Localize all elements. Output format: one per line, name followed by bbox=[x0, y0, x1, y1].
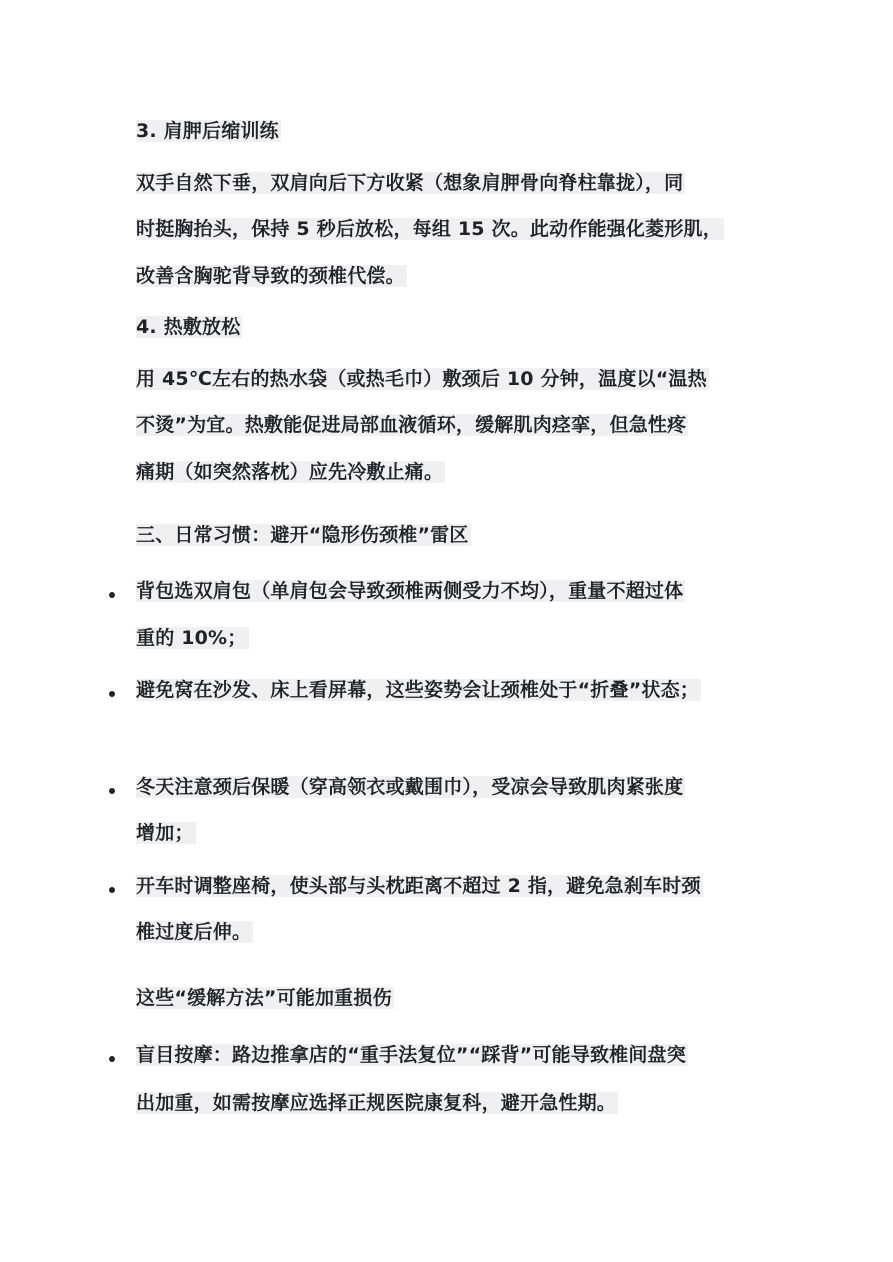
list-item: 背包选双肩包（单肩包会导致颈椎两侧受力不均），重量不超过体 bbox=[136, 579, 685, 603]
bullet-icon bbox=[109, 1056, 115, 1062]
list-item-text: 出加重，如需按摩应选择正规医院康复科，避开急性期。 bbox=[136, 1092, 618, 1114]
list-item-text: 避免窝在沙发、床上看屏幕，这些姿势会让颈椎处于“折叠”状态； bbox=[136, 679, 701, 701]
list-item: 开车时调整座椅，使头部与头枕距离不超过 2 指，避免急刹车时颈 bbox=[136, 874, 703, 898]
list-item: 冬天注意颈后保暖（穿高领衣或戴围巾），受凉会导致肌肉紧张度 bbox=[136, 775, 685, 799]
list-item-continuation: 增加； bbox=[136, 821, 196, 845]
paragraph-line: 时挺胸抬头，保持 5 秒后放松，每组 15 次。此动作能强化菱形肌， bbox=[136, 217, 724, 241]
bullet-icon bbox=[109, 887, 115, 893]
paragraph-line: 用 45℃左右的热水袋（或热毛巾）敷颈后 10 分钟，温度以“温热 bbox=[136, 367, 709, 391]
section-heading-harmful-methods: 这些“缓解方法”可能加重损伤 bbox=[136, 986, 394, 1010]
paragraph-text: 双手自然下垂，双肩向后下方收紧（想象肩胛骨向脊柱靠拢），同 bbox=[136, 172, 685, 194]
bullet-icon bbox=[109, 788, 115, 794]
paragraph-text: 用 45℃左右的热水袋（或热毛巾）敷颈后 10 分钟，温度以“温热 bbox=[136, 368, 709, 390]
list-item: 避免窝在沙发、床上看屏幕，这些姿势会让颈椎处于“折叠”状态； bbox=[136, 678, 701, 702]
paragraph-line: 改善含胸驼背导致的颈椎代偿。 bbox=[136, 264, 407, 288]
list-item: 盲目按摩：路边推拿店的“重手法复位”“踩背”可能导致椎间盘突 bbox=[136, 1043, 688, 1067]
bullet-icon bbox=[109, 691, 115, 697]
paragraph-text: 时挺胸抬头，保持 5 秒后放松，每组 15 次。此动作能强化菱形肌， bbox=[136, 218, 724, 240]
section-heading-shoulder-retraction: 3. 肩胛后缩训练 bbox=[136, 119, 281, 143]
heading-text: 3. 肩胛后缩训练 bbox=[136, 120, 281, 142]
list-item-text: 盲目按摩：路边推拿店的“重手法复位”“踩背”可能导致椎间盘突 bbox=[136, 1044, 688, 1066]
paragraph-line: 不烫”为宜。热敷能促进局部血液循环，缓解肌肉痉挛，但急性疼 bbox=[136, 413, 688, 437]
list-item-text: 椎过度后伸。 bbox=[136, 921, 253, 943]
section-heading-heat-compress: 4. 热敷放松 bbox=[136, 315, 242, 339]
list-item-continuation: 出加重，如需按摩应选择正规医院康复科，避开急性期。 bbox=[136, 1091, 618, 1115]
paragraph-text: 不烫”为宜。热敷能促进局部血液循环，缓解肌肉痉挛，但急性疼 bbox=[136, 414, 688, 436]
list-item-continuation: 椎过度后伸。 bbox=[136, 920, 253, 944]
list-item-continuation: 重的 10%； bbox=[136, 626, 249, 650]
list-item-text: 重的 10%； bbox=[136, 627, 249, 649]
paragraph-line: 双手自然下垂，双肩向后下方收紧（想象肩胛骨向脊柱靠拢），同 bbox=[136, 171, 685, 195]
list-item-text: 增加； bbox=[136, 822, 196, 844]
paragraph-text: 改善含胸驼背导致的颈椎代偿。 bbox=[136, 265, 407, 287]
paragraph-text: 痛期（如突然落枕）应先冷敷止痛。 bbox=[136, 461, 445, 483]
list-item-text: 冬天注意颈后保暖（穿高领衣或戴围巾），受凉会导致肌肉紧张度 bbox=[136, 776, 685, 798]
section-heading-daily-habits: 三、日常习惯：避开“隐形伤颈椎”雷区 bbox=[136, 523, 471, 547]
heading-text: 这些“缓解方法”可能加重损伤 bbox=[136, 987, 394, 1009]
paragraph-line: 痛期（如突然落枕）应先冷敷止痛。 bbox=[136, 460, 445, 484]
list-item-text: 开车时调整座椅，使头部与头枕距离不超过 2 指，避免急刹车时颈 bbox=[136, 875, 703, 897]
heading-text: 4. 热敷放松 bbox=[136, 316, 242, 338]
heading-text: 三、日常习惯：避开“隐形伤颈椎”雷区 bbox=[136, 524, 471, 546]
bullet-icon bbox=[109, 592, 115, 598]
list-item-text: 背包选双肩包（单肩包会导致颈椎两侧受力不均），重量不超过体 bbox=[136, 580, 685, 602]
